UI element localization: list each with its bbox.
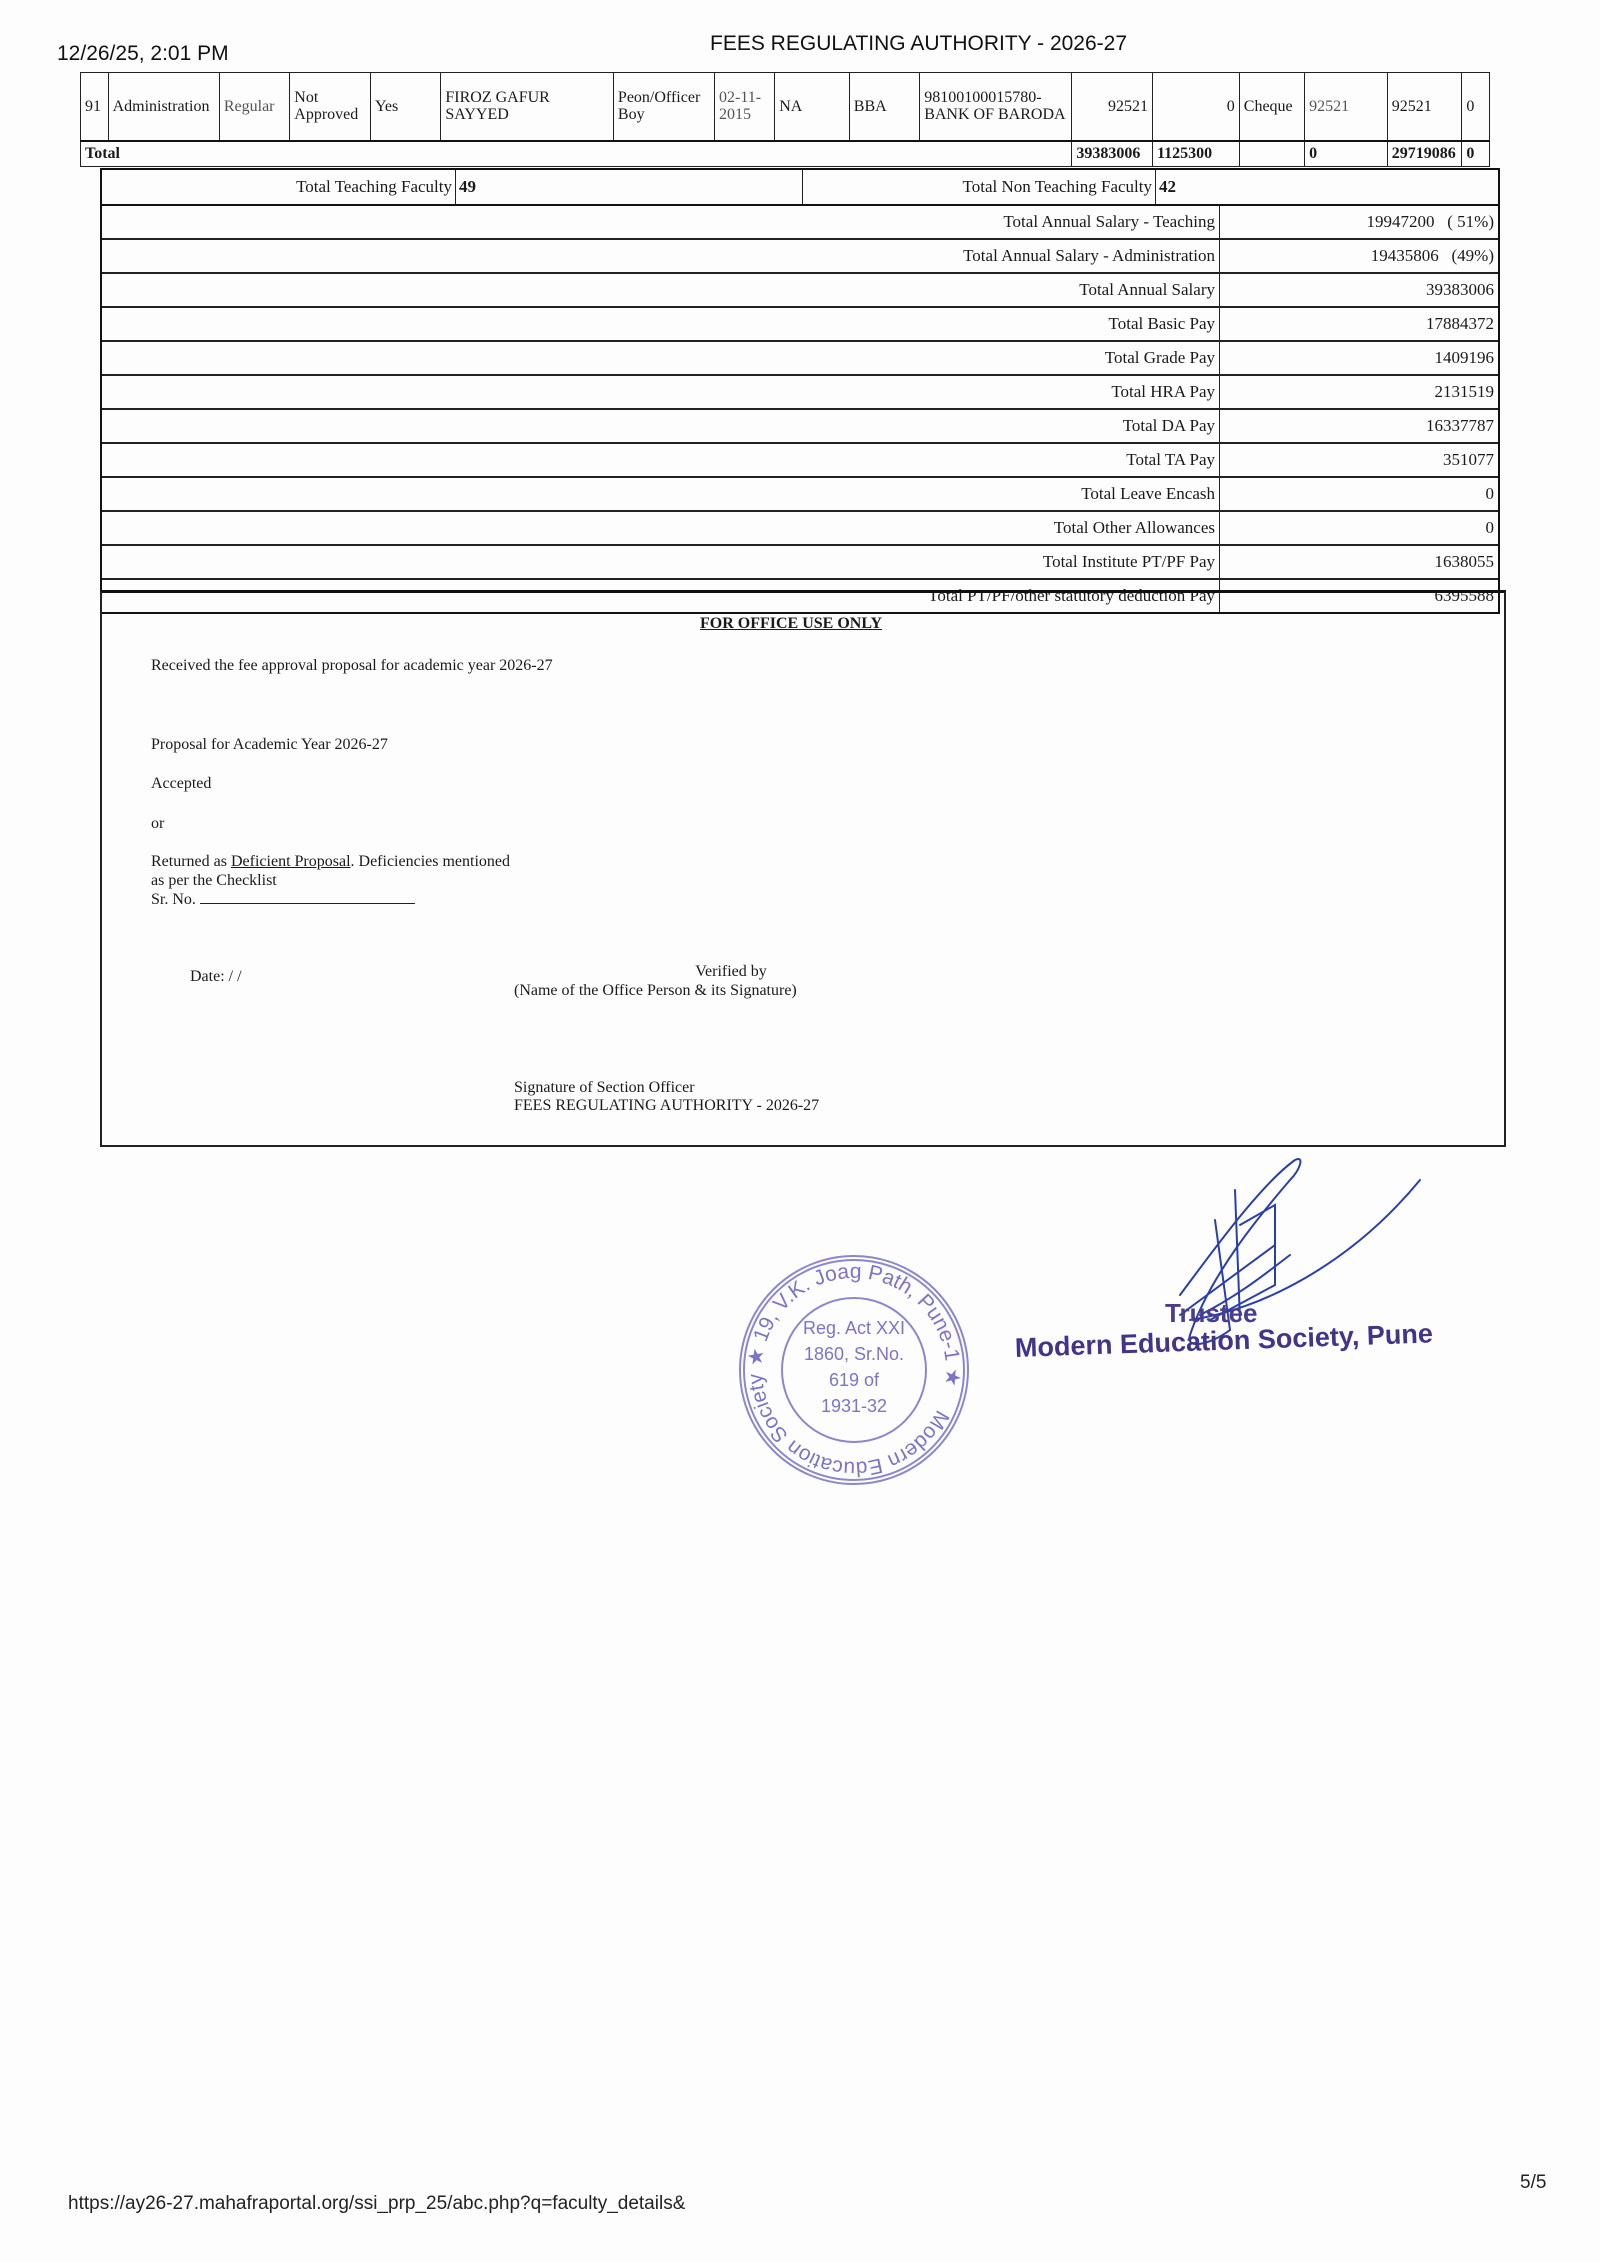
salary-label: Total Annual Salary bbox=[102, 274, 1220, 306]
cell-appointment: Regular bbox=[219, 73, 289, 141]
table-row: 91 Administration Regular Not Approved Y… bbox=[81, 73, 1490, 141]
office-use-heading: FOR OFFICE USE ONLY bbox=[700, 615, 882, 633]
stamp-inner-line: 1931-32 bbox=[821, 1396, 887, 1416]
teaching-faculty-value: 49 bbox=[456, 170, 803, 204]
print-datetime: 12/26/25, 2:01 PM bbox=[57, 42, 229, 66]
salary-label: Total Grade Pay bbox=[102, 342, 1220, 374]
salary-value: 17884372 bbox=[1220, 308, 1498, 340]
sr-no-label: Sr. No. bbox=[151, 891, 196, 908]
returned-prefix: Returned as bbox=[151, 853, 231, 870]
page-url[interactable]: https://ay26-27.mahafraportal.org/ssi_pr… bbox=[68, 2193, 685, 2215]
salary-label: Total Basic Pay bbox=[102, 308, 1220, 340]
salary-row: Total Annual Salary - Administration1943… bbox=[102, 240, 1498, 274]
salary-label: Total Annual Salary - Teaching bbox=[102, 206, 1220, 238]
salary-label: Total DA Pay bbox=[102, 410, 1220, 442]
total-row: Total 39383006 1125300 0 29719086 0 bbox=[81, 141, 1490, 167]
salary-value: 1409196 bbox=[1220, 342, 1498, 374]
salary-row: Total HRA Pay2131519 bbox=[102, 376, 1498, 410]
cell-sr-no: 91 bbox=[81, 73, 109, 141]
total-payment-mode bbox=[1239, 141, 1304, 167]
date-field: Date: / / bbox=[190, 968, 242, 986]
cell-qualification-2: BBA bbox=[849, 73, 919, 141]
checklist-text: as per the Checklist bbox=[151, 872, 277, 890]
sr-no-field: Sr. No. bbox=[151, 891, 415, 909]
verified-by-label: Verified by bbox=[616, 963, 846, 981]
cell-col-f: 0 bbox=[1462, 73, 1490, 141]
salary-value: 39383006 bbox=[1220, 274, 1498, 306]
total-col-b: 1125300 bbox=[1152, 141, 1239, 167]
cell-col-b: 0 bbox=[1152, 73, 1239, 141]
salary-summary: Total Teaching Faculty 49 Total Non Teac… bbox=[100, 168, 1500, 614]
salary-value: 0 bbox=[1220, 478, 1498, 510]
deficient-proposal-link[interactable]: Deficient Proposal bbox=[231, 853, 351, 870]
returned-suffix: . Deficiencies mentioned bbox=[351, 853, 511, 870]
salary-row: Total Annual Salary - Teaching19947200 (… bbox=[102, 206, 1498, 240]
salary-row: Total Other Allowances0 bbox=[102, 512, 1498, 546]
salary-row: Total Basic Pay17884372 bbox=[102, 308, 1498, 342]
institution-stamp: Modern Education Society ★ 19, V.K. Joag… bbox=[736, 1252, 972, 1488]
section-officer-org: FEES REGULATING AUTHORITY - 2026-27 bbox=[514, 1097, 819, 1115]
salary-row: Total TA Pay351077 bbox=[102, 444, 1498, 478]
cell-payment-mode: Cheque bbox=[1239, 73, 1304, 141]
cell-name: FIROZ GAFUR SAYYED bbox=[441, 73, 614, 141]
accepted-option: Accepted bbox=[151, 775, 211, 793]
cell-col-e: 92521 bbox=[1387, 73, 1462, 141]
salary-row: Total DA Pay16337787 bbox=[102, 410, 1498, 444]
staff-table: 91 Administration Regular Not Approved Y… bbox=[80, 72, 1490, 167]
salary-label: Total Annual Salary - Administration bbox=[102, 240, 1220, 272]
salary-row: Total Grade Pay1409196 bbox=[102, 342, 1498, 376]
returned-option: Returned as Deficient Proposal. Deficien… bbox=[151, 853, 510, 871]
cell-category: Administration bbox=[108, 73, 219, 141]
salary-value: 16337787 bbox=[1220, 410, 1498, 442]
salary-value: 1638055 bbox=[1220, 546, 1498, 578]
cell-designation: Peon/Officer Boy bbox=[613, 73, 714, 141]
stamp-inner-text: Reg. Act XXI1860, Sr.No.619 of1931-32 bbox=[803, 1318, 905, 1416]
salary-label: Total Institute PT/PF Pay bbox=[102, 546, 1220, 578]
verified-by-note: (Name of the Office Person & its Signatu… bbox=[514, 982, 797, 1000]
stamp-inner-line: Reg. Act XXI bbox=[803, 1318, 905, 1338]
salary-value: 351077 bbox=[1220, 444, 1498, 476]
total-annual-salary: 39383006 bbox=[1072, 141, 1153, 167]
salary-row: Total Leave Encash0 bbox=[102, 478, 1498, 512]
stamp-inner-line: 619 of bbox=[829, 1370, 880, 1390]
total-col-d: 0 bbox=[1305, 141, 1388, 167]
stamp-inner-line: 1860, Sr.No. bbox=[804, 1344, 904, 1364]
or-text: or bbox=[151, 815, 164, 833]
cell-joining-date: 02-11-2015 bbox=[715, 73, 775, 141]
page-title: FEES REGULATING AUTHORITY - 2026-27 bbox=[710, 32, 1127, 56]
cell-flag: Yes bbox=[370, 73, 440, 141]
salary-value: 19947200 ( 51%) bbox=[1220, 206, 1498, 238]
page-number: 5/5 bbox=[1520, 2172, 1546, 2194]
teaching-faculty-label: Total Teaching Faculty bbox=[102, 170, 456, 204]
salary-label: Total TA Pay bbox=[102, 444, 1220, 476]
total-col-e: 29719086 bbox=[1387, 141, 1462, 167]
non-teaching-faculty-value: 42 bbox=[1156, 170, 1498, 204]
total-col-f: 0 bbox=[1462, 141, 1490, 167]
salary-label: Total HRA Pay bbox=[102, 376, 1220, 408]
proposal-text: Proposal for Academic Year 2026-27 bbox=[151, 736, 388, 754]
cell-col-d: 92521 bbox=[1305, 73, 1388, 141]
salary-row: Total Annual Salary39383006 bbox=[102, 274, 1498, 308]
cell-qualification-1: NA bbox=[775, 73, 850, 141]
organization-label: Modern Education Society, Pune bbox=[1014, 1318, 1433, 1364]
salary-value: 19435806 (49%) bbox=[1220, 240, 1498, 272]
salary-value: 2131519 bbox=[1220, 376, 1498, 408]
salary-label: Total Other Allowances bbox=[102, 512, 1220, 544]
salary-label: Total Leave Encash bbox=[102, 478, 1220, 510]
received-text: Received the fee approval proposal for a… bbox=[151, 657, 553, 675]
section-officer-signature-label: Signature of Section Officer bbox=[514, 1079, 695, 1097]
cell-bank-account: 98100100015780-BANK OF BARODA bbox=[920, 73, 1072, 141]
faculty-count-row: Total Teaching Faculty 49 Total Non Teac… bbox=[102, 170, 1498, 206]
cell-approval: Not Approved bbox=[290, 73, 371, 141]
salary-row: Total Institute PT/PF Pay1638055 bbox=[102, 546, 1498, 580]
salary-value: 0 bbox=[1220, 512, 1498, 544]
sr-no-blank[interactable] bbox=[200, 903, 415, 904]
salary-rows: Total Annual Salary - Teaching19947200 (… bbox=[102, 206, 1498, 612]
cell-annual-salary: 92521 bbox=[1072, 73, 1153, 141]
non-teaching-faculty-label: Total Non Teaching Faculty bbox=[803, 170, 1156, 204]
office-use-section: FOR OFFICE USE ONLY Received the fee app… bbox=[100, 590, 1506, 1147]
total-label: Total bbox=[81, 141, 1072, 167]
